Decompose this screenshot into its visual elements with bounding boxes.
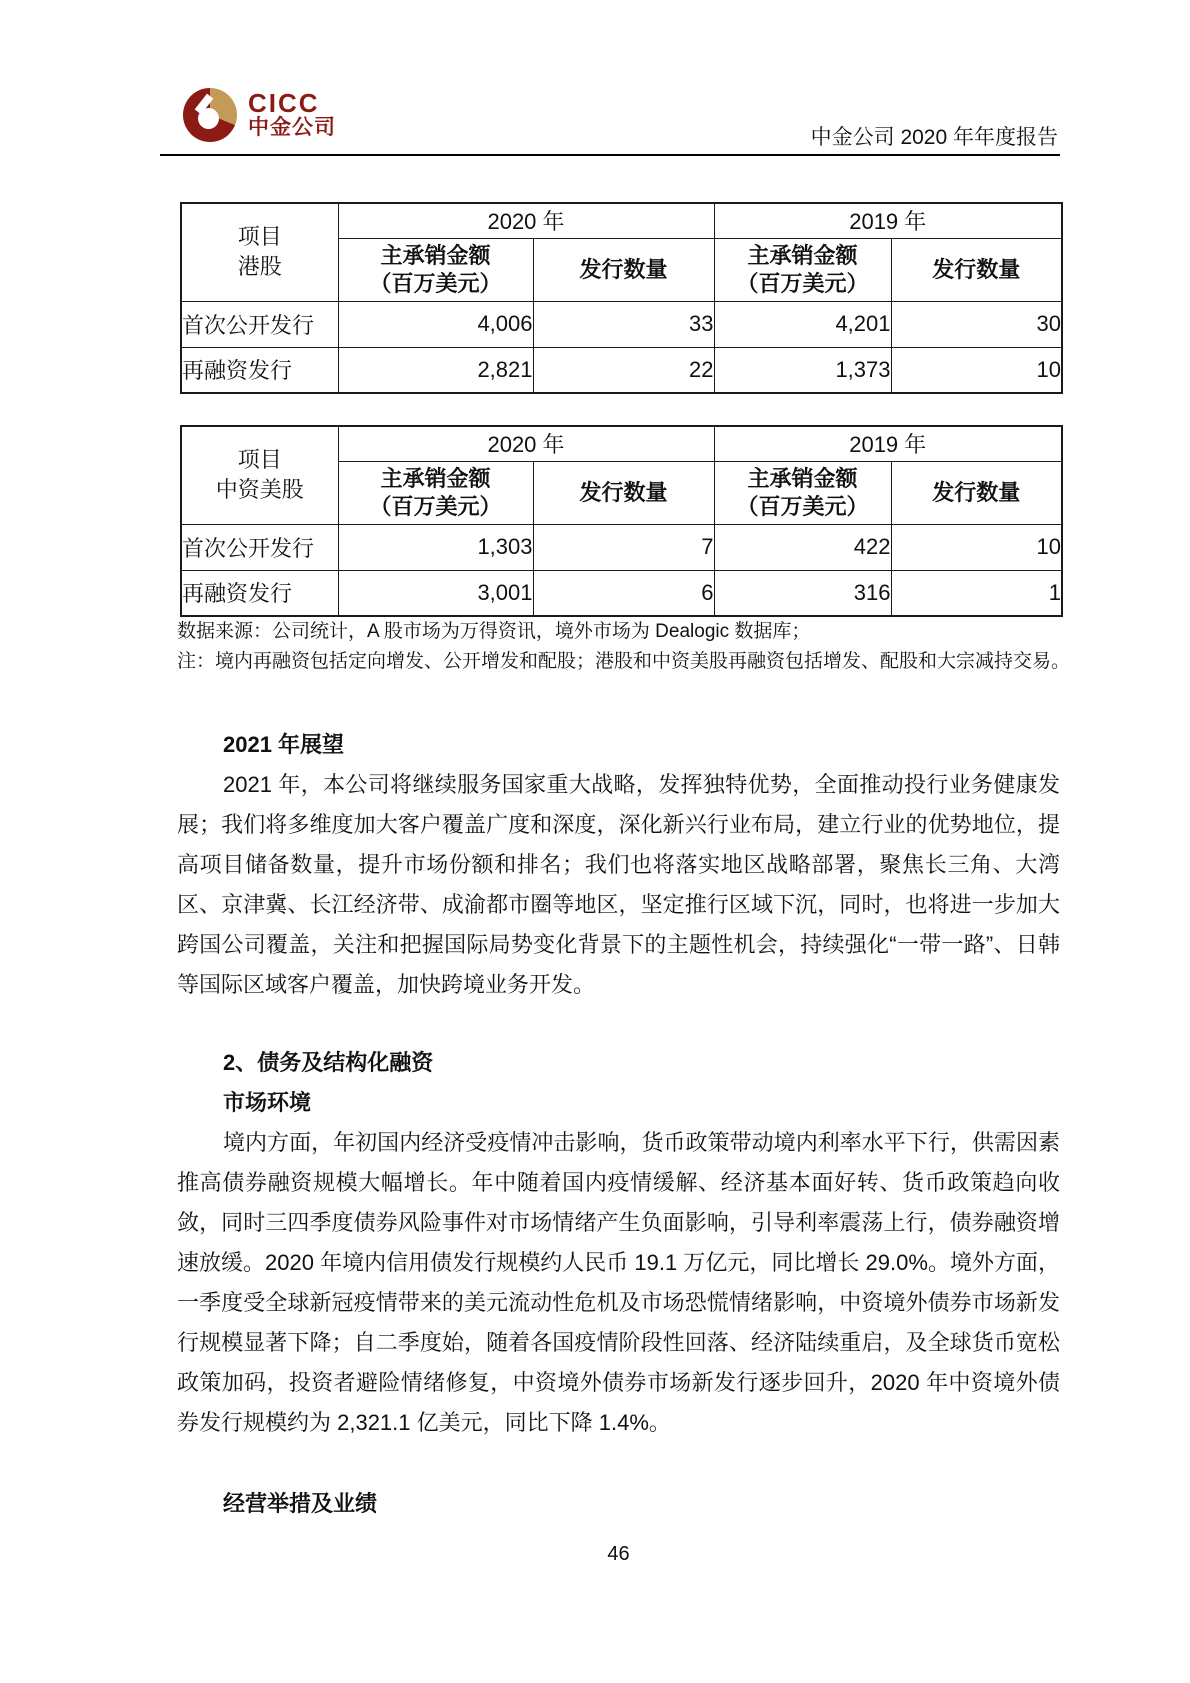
item-label: 项目 [182,222,338,252]
year-header-cell: 2020 年 [338,203,714,238]
operations-heading: 经营举措及业绩 [177,1484,1060,1524]
value-cell: 4,006 [338,301,533,347]
amount-header-line1: 主承销金额 [715,242,891,270]
table-row: 再融资发行 3,001 6 316 1 [181,570,1062,616]
amount-header-line1: 主承销金额 [715,465,891,493]
value-cell: 30 [891,301,1062,347]
value-cell: 33 [533,301,714,347]
amount-header-cell: 主承销金额 （百万美元） [714,238,891,301]
outlook-paragraph: 2021 年，本公司将继续服务国家重大战略，发挥独特优势，全面推动投行业务健康发… [177,765,1060,1005]
value-cell: 6 [533,570,714,616]
outlook-heading: 2021 年展望 [177,725,1060,765]
amount-header-line1: 主承销金额 [339,242,533,270]
market-env-paragraph: 境内方面，年初国内经济受疫情冲击影响，货币政策带动境内利率水平下行，供需因素推高… [177,1123,1060,1443]
row-label-cell: 再融资发行 [181,570,338,616]
count-header-cell: 发行数量 [891,461,1062,524]
footnote: 注：境内再融资包括定向增发、公开增发和配股；港股和中资美股再融资包括增发、配股和… [177,647,1062,677]
logo-brand-cn: 中金公司 [248,116,336,140]
year-header-cell: 2019 年 [714,426,1062,461]
value-cell: 316 [714,570,891,616]
cicc-logo-text: CICC 中金公司 [248,90,336,140]
value-cell: 3,001 [338,570,533,616]
table-row: 首次公开发行 1,303 7 422 10 [181,524,1062,570]
market-env-heading: 市场环境 [177,1083,1060,1123]
value-cell: 10 [891,347,1062,393]
amount-header-line2: （百万美元） [339,270,533,298]
logo-brand-en: CICC [248,90,336,116]
item-header-cell: 项目 中资美股 [181,426,338,524]
row-label-cell: 首次公开发行 [181,301,338,347]
data-source-note: 数据来源：公司统计，A 股市场为万得资讯，境外市场为 Dealogic 数据库； [177,617,1062,647]
year-header-cell: 2019 年 [714,203,1062,238]
category-label: 中资美股 [182,475,338,505]
body-content: 2021 年展望 2021 年，本公司将继续服务国家重大战略，发挥独特优势，全面… [177,725,1060,1524]
value-cell: 1,373 [714,347,891,393]
value-cell: 7 [533,524,714,570]
table-row: 项目 港股 2020 年 2019 年 [181,203,1062,238]
count-header-cell: 发行数量 [533,238,714,301]
value-cell: 10 [891,524,1062,570]
table-row: 再融资发行 2,821 22 1,373 10 [181,347,1062,393]
row-label-cell: 首次公开发行 [181,524,338,570]
table-row: 项目 中资美股 2020 年 2019 年 [181,426,1062,461]
report-page: CICC 中金公司 中金公司 2020 年年度报告 项目 港股 2020 年 2… [0,0,1190,1683]
table-notes: 数据来源：公司统计，A 股市场为万得资讯，境外市场为 Dealogic 数据库；… [177,617,1062,677]
page-number: 46 [177,1539,1060,1569]
header-divider [160,154,1060,156]
item-header-cell: 项目 港股 [181,203,338,301]
value-cell: 4,201 [714,301,891,347]
value-cell: 1 [891,570,1062,616]
cicc-logo-icon [183,88,237,142]
debt-section-heading: 2、债务及结构化融资 [177,1043,1060,1083]
report-title: 中金公司 2020 年年度报告 [811,126,1058,150]
hk-underwriting-table: 项目 港股 2020 年 2019 年 主承销金额 （百万美元） 发行数量 主承… [180,202,1063,394]
amount-header-cell: 主承销金额 （百万美元） [338,461,533,524]
amount-header-cell: 主承销金额 （百万美元） [338,238,533,301]
value-cell: 1,303 [338,524,533,570]
amount-header-line2: （百万美元） [715,493,891,521]
amount-header-line2: （百万美元） [715,270,891,298]
amount-header-line1: 主承销金额 [339,465,533,493]
item-label: 项目 [182,445,338,475]
row-label-cell: 再融资发行 [181,347,338,393]
count-header-cell: 发行数量 [891,238,1062,301]
value-cell: 2,821 [338,347,533,393]
amount-header-line2: （百万美元） [339,493,533,521]
us-underwriting-table: 项目 中资美股 2020 年 2019 年 主承销金额 （百万美元） 发行数量 … [180,425,1063,617]
amount-header-cell: 主承销金额 （百万美元） [714,461,891,524]
value-cell: 22 [533,347,714,393]
table-row: 首次公开发行 4,006 33 4,201 30 [181,301,1062,347]
category-label: 港股 [182,252,338,282]
value-cell: 422 [714,524,891,570]
cicc-logo: CICC 中金公司 [183,88,336,142]
count-header-cell: 发行数量 [533,461,714,524]
year-header-cell: 2020 年 [338,426,714,461]
